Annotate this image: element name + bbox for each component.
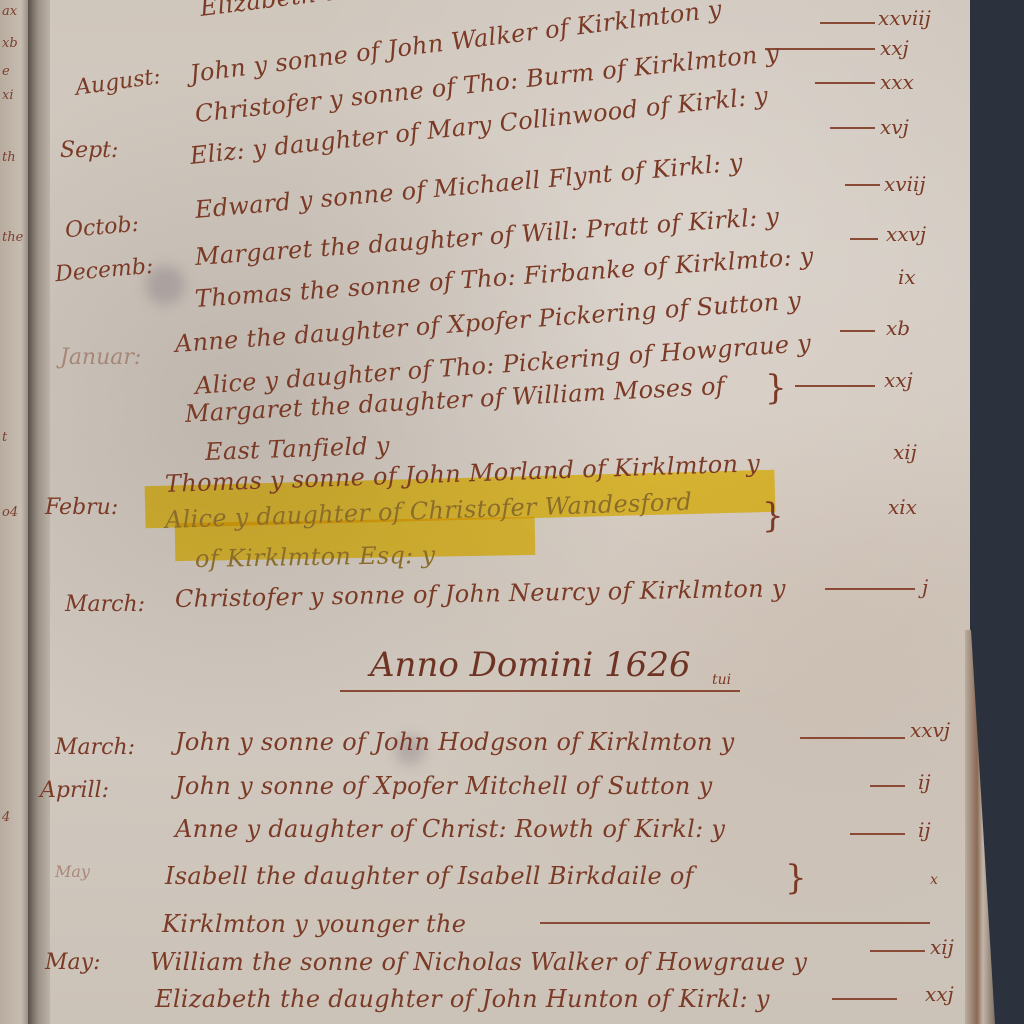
left-page-fragment: o4 xyxy=(2,505,18,520)
entry-text: Anne y daughter of Christ: Rowth of Kirk… xyxy=(175,815,725,843)
year-heading: Anno Domini 1626 xyxy=(370,645,691,685)
month-label: May xyxy=(55,862,90,881)
entry-number: xxviij xyxy=(878,6,931,30)
entry-number: ij xyxy=(918,818,931,842)
entry-number: xxj xyxy=(880,36,909,60)
entry-number: xij xyxy=(930,935,954,959)
month-label: March: xyxy=(55,735,135,760)
month-label: Aprill: xyxy=(40,778,109,803)
page-stack-edge xyxy=(965,630,995,1024)
entry-text: Elizabeth the daughter of John Hunton of… xyxy=(155,985,770,1013)
entry-text: William the sonne of Nicholas Walker of … xyxy=(150,948,807,976)
brace-mark: } xyxy=(762,496,784,536)
entry-number: ix xyxy=(898,265,916,289)
heading-rule xyxy=(340,690,740,692)
entry-number: ij xyxy=(918,770,931,794)
entry-text: John y sonne of Xpofer Mitchell of Sutto… xyxy=(175,772,712,800)
entry-number: xxj xyxy=(884,368,913,392)
entry-text: John y sonne of John Hodgson of Kirklmto… xyxy=(175,728,735,756)
entry-number: xij xyxy=(893,440,917,464)
entry-number: xb xyxy=(886,316,910,340)
left-page-fragment: th xyxy=(2,150,16,165)
brace-mark: } xyxy=(785,858,807,898)
entry-text: Isabell the daughter of Isabell Birkdail… xyxy=(165,862,694,890)
left-page-fragment: xb xyxy=(2,36,18,51)
left-page-fragment: 4 xyxy=(2,810,10,825)
brace-mark: } xyxy=(765,368,787,408)
entry-number: xvj xyxy=(880,115,909,139)
left-page-fragment: t xyxy=(2,430,7,445)
entry-number: xxj xyxy=(925,982,954,1006)
month-label: May: xyxy=(45,950,100,975)
entry-number: xviij xyxy=(884,172,926,196)
left-page-fragment: xi xyxy=(2,88,14,103)
month-label: Sept: xyxy=(60,138,118,163)
entry-number: j xyxy=(922,575,928,599)
entry-number: xxvj xyxy=(886,222,926,246)
entry-number: xix xyxy=(888,495,917,519)
left-page-edge: ax xb e xi th the t o4 4 xyxy=(0,0,30,1024)
month-label: March: xyxy=(65,592,145,617)
left-page-fragment: ax xyxy=(2,4,17,19)
entry-number: x xyxy=(930,872,938,888)
entry-number: xxx xyxy=(880,70,914,94)
entry-number: xxvj xyxy=(910,718,950,742)
month-label: Januar: xyxy=(60,345,141,370)
year-annotation: tui xyxy=(712,672,731,688)
entry-text: Kirklmton y younger the xyxy=(162,910,466,938)
left-page-fragment: the xyxy=(2,230,23,245)
month-label: Febru: xyxy=(45,495,118,520)
entry-text: of Kirklmton Esq: y xyxy=(195,541,436,573)
left-page-fragment: e xyxy=(2,64,10,79)
